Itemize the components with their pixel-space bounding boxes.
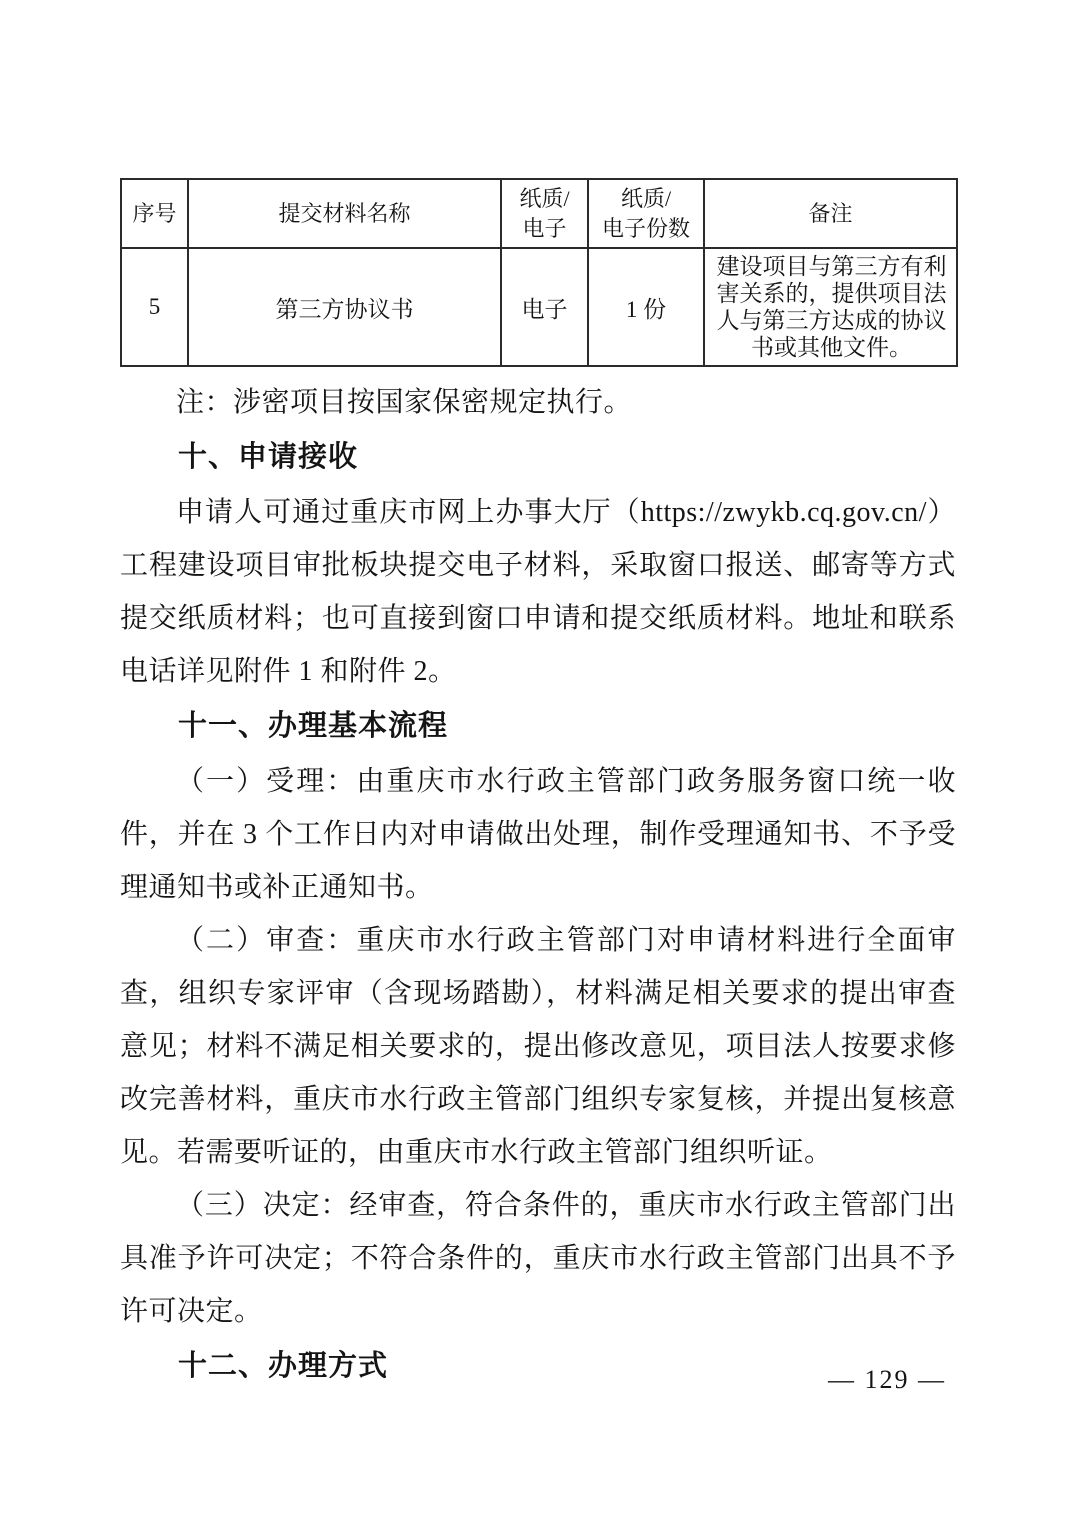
cell-medium: 电子 <box>501 248 588 366</box>
confidentiality-note: 注：涉密项目按国家保密规定执行。 <box>120 376 956 429</box>
page-number: — 129 — <box>828 1365 946 1395</box>
cell-copies: 1 份 <box>588 248 704 366</box>
document-page: 序号 提交材料名称 纸质/ 电子 纸质/ 电子份数 备注 5 第三方协议书 电子… <box>0 0 1074 1520</box>
paragraph-application-receipt: 申请人可通过重庆市网上办事大厅（https://zwykb.cq.gov.cn/… <box>120 486 956 698</box>
col-header-remark: 备注 <box>704 179 957 248</box>
cell-index: 5 <box>121 248 188 366</box>
materials-table: 序号 提交材料名称 纸质/ 电子 纸质/ 电子份数 备注 5 第三方协议书 电子… <box>120 178 958 367</box>
col-header-copies: 纸质/ 电子份数 <box>588 179 704 248</box>
cell-remark: 建设项目与第三方有利害关系的，提供项目法人与第三方达成的协议书或其他文件。 <box>704 248 957 366</box>
section-heading-basic-process: 十一、办理基本流程 <box>120 700 956 753</box>
table-row: 5 第三方协议书 电子 1 份 建设项目与第三方有利害关系的，提供项目法人与第三… <box>121 248 957 366</box>
table-header-row: 序号 提交材料名称 纸质/ 电子 纸质/ 电子份数 备注 <box>121 179 957 248</box>
cell-material-name: 第三方协议书 <box>188 248 501 366</box>
section-heading-application-receipt: 十、申请接收 <box>120 431 956 484</box>
paragraph-review: （二）审查：重庆市水行政主管部门对申请材料进行全面审查，组织专家评审（含现场踏勘… <box>120 914 956 1179</box>
col-header-material-name: 提交材料名称 <box>188 179 501 248</box>
paragraph-acceptance: （一）受理：由重庆市水行政主管部门政务服务窗口统一收件，并在 3 个工作日内对申… <box>120 755 956 914</box>
col-header-medium: 纸质/ 电子 <box>501 179 588 248</box>
col-header-index: 序号 <box>121 179 188 248</box>
document-content: 序号 提交材料名称 纸质/ 电子 纸质/ 电子份数 备注 5 第三方协议书 电子… <box>120 178 956 1395</box>
paragraph-decision: （三）决定：经审查，符合条件的，重庆市水行政主管部门出具准予许可决定；不符合条件… <box>120 1179 956 1338</box>
